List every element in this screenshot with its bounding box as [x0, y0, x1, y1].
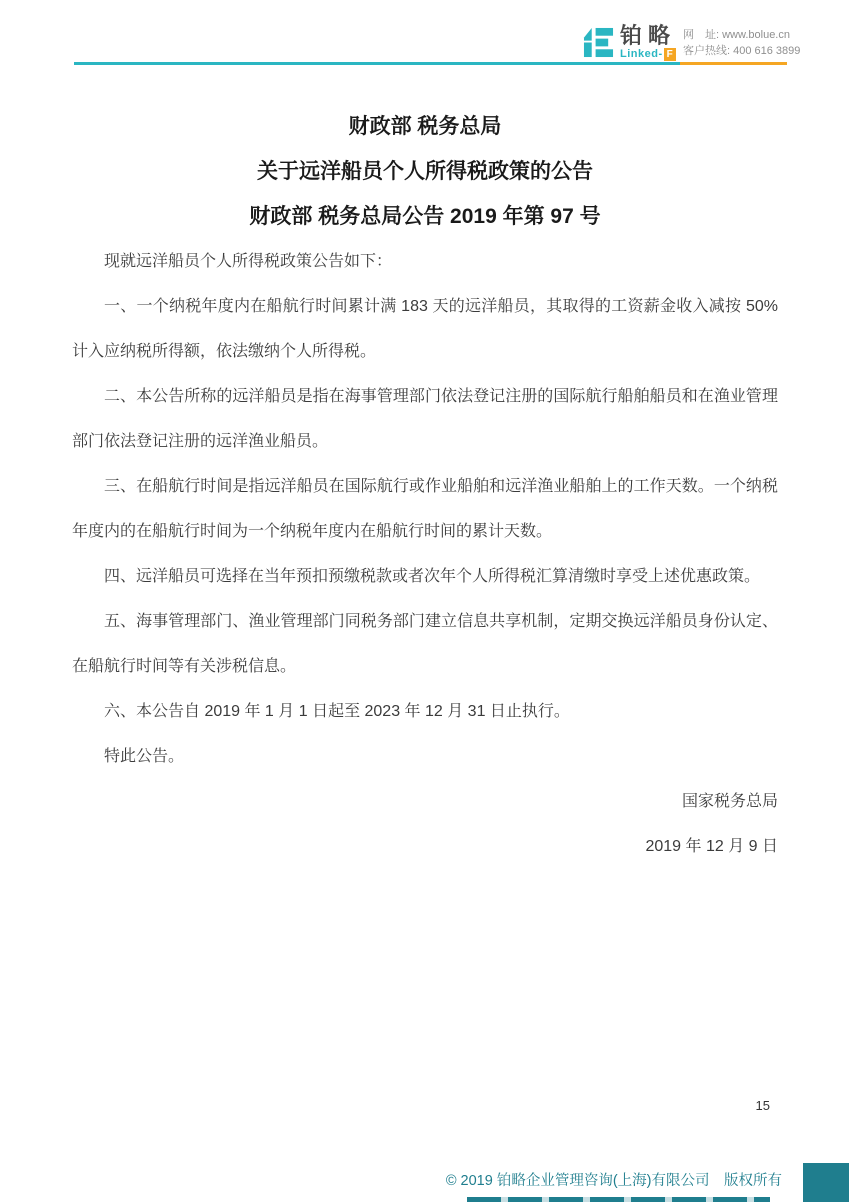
brand-en-prefix: Linked- [620, 48, 663, 61]
brand-f-badge: F [664, 48, 677, 61]
paragraph-item-2: 二、本公告所称的远洋船员是指在海事管理部门依法登记注册的国际航行船舶船员和在渔业… [72, 374, 778, 464]
doc-title-subject: 关于远洋船员个人所得税政策的公告 [72, 149, 778, 194]
brand-name-en: Linked- F [620, 48, 676, 61]
paragraph-item-4: 四、远洋船员可选择在当年预扣预缴税款或者次年个人所得税汇算清缴时享受上述优惠政策… [72, 554, 778, 599]
header-divider [74, 62, 787, 65]
doc-title-number: 财政部 税务总局公告 2019 年第 97 号 [72, 194, 778, 239]
header-divider-teal-segment [74, 62, 680, 65]
company-logo: 铂略 Linked- F [583, 24, 676, 61]
paragraph-item-6: 六、本公告自 2019 年 1 月 1 日起至 2023 年 12 月 31 日… [72, 689, 778, 734]
paragraph-intro: 现就远洋船员个人所得税政策公告如下： [72, 239, 778, 284]
brand-name-cn: 铂略 [620, 23, 676, 48]
website-text: 网 址: www.bolue.cn [683, 27, 800, 43]
footer-divider [467, 1197, 770, 1202]
footer-copyright: © 2019 铂略企业管理咨询(上海)有限公司 版权所有 [446, 1169, 782, 1190]
document-page: 铂略 Linked- F 网 址: www.bolue.cn 客户热线: 400… [0, 0, 850, 1202]
paragraph-closing: 特此公告。 [72, 734, 778, 779]
logo-text: 铂略 Linked- F [620, 24, 676, 61]
signature-org: 国家税务总局 [72, 779, 778, 824]
footer-corner-square [803, 1163, 849, 1202]
header-divider-orange-segment [680, 62, 787, 65]
header-contact-info: 网 址: www.bolue.cn 客户热线: 400 616 3899 [683, 27, 800, 59]
hotline-text: 客户热线: 400 616 3899 [683, 43, 800, 59]
paragraph-item-3: 三、在船航行时间是指远洋船员在国际航行或作业船舶和远洋渔业船舶上的工作天数。一个… [72, 464, 778, 554]
doc-title-issuer: 财政部 税务总局 [72, 104, 778, 149]
signature-date: 2019 年 12 月 9 日 [72, 824, 778, 869]
linked-f-logo-icon [583, 27, 614, 58]
announcement-body: 财政部 税务总局 关于远洋船员个人所得税政策的公告 财政部 税务总局公告 201… [72, 104, 778, 869]
paragraph-item-5: 五、海事管理部门、渔业管理部门同税务部门建立信息共享机制，定期交换远洋船员身份认… [72, 599, 778, 689]
paragraph-item-1: 一、一个纳税年度内在船航行时间累计满 183 天的远洋船员，其取得的工资薪金收入… [72, 284, 778, 374]
page-number: 15 [756, 1098, 770, 1113]
